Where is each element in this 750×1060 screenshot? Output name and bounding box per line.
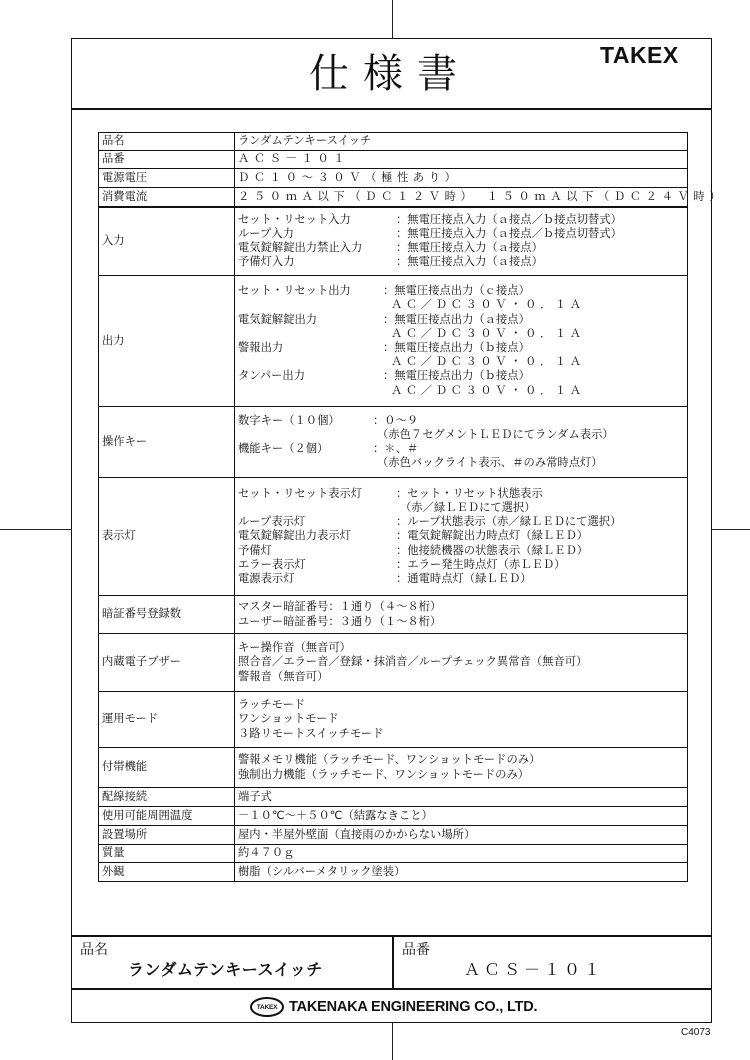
footer-product-name: ランダムテンキースイッチ xyxy=(128,957,323,980)
spec-value-line: セット・リセット表示灯：セット・リセット状態表示 xyxy=(238,487,684,501)
crop-mark-right xyxy=(712,529,750,530)
spec-sub-value: ：＊、＃ xyxy=(373,442,418,456)
spec-value-text: ワンショットモード xyxy=(238,712,339,726)
spec-sub-label xyxy=(238,298,383,312)
spec-sub-value: ＡＣ／ＤＣ３０Ｖ・０．１Ａ xyxy=(383,327,585,341)
spec-value-line: ＡＣ／ＤＣ３０Ｖ・０．１Ａ xyxy=(238,327,684,341)
spec-value-text: キー操作音（無音可） xyxy=(238,641,351,655)
company-logo-icon: TAKEX xyxy=(250,997,284,1017)
company-name: TAKENAKA ENGINEERING CO., LTD. xyxy=(289,999,537,1015)
spec-value-line: ユーザー暗証番号：３通り（１～８桁） xyxy=(238,615,684,629)
spec-value-line: 警報出力：無電圧接点出力（ｂ接点） xyxy=(238,341,684,355)
spec-table: 品名ランダムテンキースイッチ品番ＡＣＳ－１０１電源電圧ＤＣ１０～３０Ｖ（極性あり… xyxy=(98,132,688,882)
spec-row: 出力セット・リセット出力：無電圧接点出力（ｃ接点）ＡＣ／ＤＣ３０Ｖ・０．１Ａ電気… xyxy=(99,276,688,407)
spec-value-line: （赤色７セグメントＬＥＤにてランダム表示） xyxy=(238,428,684,442)
spec-value-text: ＤＣ１０～３０Ｖ（極性あり） xyxy=(238,171,461,185)
spec-sub-value: ：通電時点灯（緑ＬＥＤ） xyxy=(396,572,532,586)
spec-sub-label: 電気錠解錠出力禁止入力 xyxy=(238,241,396,255)
spec-value-line: （赤色バックライト表示、＃のみ常時点灯） xyxy=(238,456,684,470)
spec-value-text: ラッチモード xyxy=(238,698,305,712)
spec-sub-value: ：無電圧接点出力（ａ接点） xyxy=(383,313,530,327)
spec-value-line: セット・リセット入力：無電圧接点入力（ａ接点／ｂ接点切替式） xyxy=(238,213,684,227)
spec-sub-label: 電気錠解錠出力 xyxy=(238,313,383,327)
spec-sub-value: ：エラー発生時点灯（赤ＬＥＤ） xyxy=(396,558,565,572)
crop-mark-bottom xyxy=(392,1023,393,1060)
spec-value: 樹脂（シルバーメタリック塗装） xyxy=(235,863,688,882)
spec-row: 電源電圧ＤＣ１０～３０Ｖ（極性あり） xyxy=(99,169,688,188)
spec-key: 使用可能周囲温度 xyxy=(99,807,235,826)
spec-value-line: ＡＣ／ＤＣ３０Ｖ・０．１Ａ xyxy=(238,384,684,398)
spec-sub-label: タンパー出力 xyxy=(238,369,383,383)
spec-value-line: ＡＣ／ＤＣ３０Ｖ・０．１Ａ xyxy=(238,298,684,312)
spec-value-text: 端子式 xyxy=(238,790,272,804)
spec-value-line: 強制出力機能（ラッチモード、ワンショットモードのみ） xyxy=(238,768,684,782)
spec-value-text: 屋内・半屋外壁面（直接雨のかからない場所） xyxy=(238,828,475,842)
spec-value-line: ランダムテンキースイッチ xyxy=(238,134,684,148)
spec-value: マスター暗証番号：１通り（４～８桁）ユーザー暗証番号：３通り（１～８桁） xyxy=(235,596,688,634)
spec-sub-value: ：０～９ xyxy=(373,414,418,428)
spec-sub-value: ：無電圧接点入力（ａ接点） xyxy=(396,255,543,269)
spec-row: 暗証番号登録数マスター暗証番号：１通り（４～８桁）ユーザー暗証番号：３通り（１～… xyxy=(99,596,688,634)
spec-value-line: 機能キー（２個）：＊、＃ xyxy=(238,442,684,456)
spec-value-line: 樹脂（シルバーメタリック塗装） xyxy=(238,865,684,879)
spec-value-line: ワンショットモード xyxy=(238,712,684,726)
spec-key: 出力 xyxy=(99,276,235,407)
spec-value-line: 数字キー（１０個）：０～９ xyxy=(238,414,684,428)
spec-value-line: エラー表示灯：エラー発生時点灯（赤ＬＥＤ） xyxy=(238,558,684,572)
spec-value-text: 警報音（無音可） xyxy=(238,670,328,684)
spec-sub-value: ：無電圧接点入力（ａ接点／ｂ接点切替式） xyxy=(396,213,622,227)
spec-row: 外観樹脂（シルバーメタリック塗装） xyxy=(99,863,688,882)
spec-sub-value: ＡＣ／ＤＣ３０Ｖ・０．１Ａ xyxy=(383,384,585,398)
spec-value-line: －１０℃～＋５０℃（結露なきこと） xyxy=(238,809,684,823)
spec-sub-label: 予備灯 xyxy=(238,544,396,558)
spec-key: 配線接続 xyxy=(99,788,235,807)
spec-value-line: ２５０ｍＡ以下（ＤＣ１２Ｖ時） １５０ｍＡ以下（ＤＣ２４Ｖ時） xyxy=(238,190,684,204)
spec-value-line: 端子式 xyxy=(238,790,684,804)
spec-key: 付帯機能 xyxy=(99,748,235,788)
spec-value-line: 照合音／エラー音／登録・抹消音／ループチェック異常音（無音可） xyxy=(238,655,684,669)
spec-value-text: －１０℃～＋５０℃（結露なきこと） xyxy=(238,809,433,823)
company-block: TAKEX TAKENAKA ENGINEERING CO., LTD. xyxy=(250,994,537,1020)
spec-sub-value: （赤色７セグメントＬＥＤにてランダム表示） xyxy=(373,428,614,442)
spec-value: セット・リセット入力：無電圧接点入力（ａ接点／ｂ接点切替式）ループ入力：無電圧接… xyxy=(235,207,688,276)
spec-row: 使用可能周囲温度－１０℃～＋５０℃（結露なきこと） xyxy=(99,807,688,826)
spec-sub-label xyxy=(238,355,383,369)
footer-product-number: ＡＣＳ－１０１ xyxy=(464,957,604,980)
spec-value-line: 警報音（無音可） xyxy=(238,670,684,684)
spec-value-line: ３路リモートスイッチモード xyxy=(238,727,684,741)
spec-value-line: 予備灯：他接続機器の状態表示（緑ＬＥＤ） xyxy=(238,544,684,558)
spec-key: 電源電圧 xyxy=(99,169,235,188)
spec-sub-value: ：他接続機器の状態表示（緑ＬＥＤ） xyxy=(396,544,588,558)
spec-value-line: 電気錠解錠出力表示灯：電気錠解錠出力時点灯（緑ＬＥＤ） xyxy=(238,529,684,543)
spec-sub-label: セット・リセット表示灯 xyxy=(238,487,396,501)
footer-product-number-label: 品番 xyxy=(402,939,430,959)
spec-sub-label xyxy=(238,428,373,442)
spec-sub-label: セット・リセット入力 xyxy=(238,213,396,227)
spec-value: ランダムテンキースイッチ xyxy=(235,133,688,151)
footer-divider-vertical xyxy=(392,935,394,988)
spec-key: 品番 xyxy=(99,151,235,169)
spec-value-line: 電気錠解錠出力禁止入力：無電圧接点入力（ａ接点） xyxy=(238,241,684,255)
spec-value-line: ループ入力：無電圧接点入力（ａ接点／ｂ接点切替式） xyxy=(238,227,684,241)
spec-value-line: ＡＣＳ－１０１ xyxy=(238,152,684,166)
spec-row: 入力セット・リセット入力：無電圧接点入力（ａ接点／ｂ接点切替式）ループ入力：無電… xyxy=(99,207,688,276)
spec-value-line: 電源表示灯：通電時点灯（緑ＬＥＤ） xyxy=(238,572,684,586)
spec-value-line: キー操作音（無音可） xyxy=(238,641,684,655)
spec-sub-value: ：電気錠解錠出力時点灯（緑ＬＥＤ） xyxy=(396,529,588,543)
spec-row: 消費電流２５０ｍＡ以下（ＤＣ１２Ｖ時） １５０ｍＡ以下（ＤＣ２４Ｖ時） xyxy=(99,188,688,207)
spec-key: 設置場所 xyxy=(99,826,235,845)
spec-sub-label xyxy=(238,501,396,515)
spec-row: 品名ランダムテンキースイッチ xyxy=(99,133,688,151)
spec-sub-value: （赤／緑ＬＥＤにて選択） xyxy=(396,501,536,515)
spec-value: ラッチモードワンショットモード３路リモートスイッチモード xyxy=(235,692,688,748)
spec-sub-label: 警報出力 xyxy=(238,341,383,355)
spec-value: キー操作音（無音可）照合音／エラー音／登録・抹消音／ループチェック異常音（無音可… xyxy=(235,634,688,692)
spec-value-line: 電気錠解錠出力：無電圧接点出力（ａ接点） xyxy=(238,313,684,327)
spec-value: ＤＣ１０～３０Ｖ（極性あり） xyxy=(235,169,688,188)
spec-value-text: 約４７０ｇ xyxy=(238,846,295,860)
spec-value-line: 警報メモリ機能（ラッチモード、ワンショットモードのみ） xyxy=(238,753,684,767)
spec-key: 消費電流 xyxy=(99,188,235,207)
spec-sub-label: セット・リセット出力 xyxy=(238,284,383,298)
spec-sub-value: ＡＣ／ＤＣ３０Ｖ・０．１Ａ xyxy=(383,298,585,312)
spec-value-line: マスター暗証番号：１通り（４～８桁） xyxy=(238,600,684,614)
spec-value-text: マスター暗証番号：１通り（４～８桁） xyxy=(238,600,441,614)
crop-mark-top xyxy=(392,0,393,38)
spec-value-line: （赤／緑ＬＥＤにて選択） xyxy=(238,501,684,515)
spec-key: 操作キー xyxy=(99,407,235,478)
spec-value: ＡＣＳ－１０１ xyxy=(235,151,688,169)
spec-key: 質量 xyxy=(99,845,235,863)
spec-sub-value: （赤色バックライト表示、＃のみ常時点灯） xyxy=(373,456,603,470)
spec-value: 警報メモリ機能（ラッチモード、ワンショットモードのみ）強制出力機能（ラッチモード… xyxy=(235,748,688,788)
crop-mark-left xyxy=(0,529,71,530)
spec-row: 配線接続端子式 xyxy=(99,788,688,807)
spec-key: 外観 xyxy=(99,863,235,882)
spec-value-line: ＡＣ／ＤＣ３０Ｖ・０．１Ａ xyxy=(238,355,684,369)
spec-value-line: タンパー出力：無電圧接点出力（ｂ接点） xyxy=(238,369,684,383)
spec-value-line: ＤＣ１０～３０Ｖ（極性あり） xyxy=(238,171,684,185)
spec-key: 入力 xyxy=(99,207,235,276)
spec-sub-label: エラー表示灯 xyxy=(238,558,396,572)
document-title: 仕様書 xyxy=(280,44,500,104)
spec-value-text: ２５０ｍＡ以下（ＤＣ１２Ｖ時） １５０ｍＡ以下（ＤＣ２４Ｖ時） xyxy=(238,190,725,204)
spec-value: 屋内・半屋外壁面（直接雨のかからない場所） xyxy=(235,826,688,845)
spec-value-line: 屋内・半屋外壁面（直接雨のかからない場所） xyxy=(238,828,684,842)
spec-sub-value: ：ループ状態表示（赤／緑ＬＥＤにて選択） xyxy=(396,515,621,529)
spec-sub-value: ：無電圧接点入力（ａ接点） xyxy=(396,241,543,255)
spec-value-line: セット・リセット出力：無電圧接点出力（ｃ接点） xyxy=(238,284,684,298)
spec-sub-label: 数字キー（１０個） xyxy=(238,414,373,428)
spec-row: 内蔵電子ブザーキー操作音（無音可）照合音／エラー音／登録・抹消音／ループチェック… xyxy=(99,634,688,692)
spec-key: 品名 xyxy=(99,133,235,151)
spec-value-text: ユーザー暗証番号：３通り（１～８桁） xyxy=(238,615,441,629)
spec-value-line: 約４７０ｇ xyxy=(238,846,684,860)
footer-product-name-label: 品名 xyxy=(80,939,108,959)
spec-sub-label: 予備灯入力 xyxy=(238,255,396,269)
spec-value: －１０℃～＋５０℃（結露なきこと） xyxy=(235,807,688,826)
spec-value-line: ラッチモード xyxy=(238,698,684,712)
spec-value: セット・リセット表示灯：セット・リセット状態表示（赤／緑ＬＥＤにて選択）ループ表… xyxy=(235,478,688,596)
spec-sub-value: ：無電圧接点入力（ａ接点／ｂ接点切替式） xyxy=(396,227,622,241)
spec-value: 約４７０ｇ xyxy=(235,845,688,863)
spec-sub-label xyxy=(238,327,383,341)
spec-row: 付帯機能警報メモリ機能（ラッチモード、ワンショットモードのみ）強制出力機能（ラッ… xyxy=(99,748,688,788)
spec-value: ２５０ｍＡ以下（ＤＣ１２Ｖ時） １５０ｍＡ以下（ＤＣ２４Ｖ時） xyxy=(235,188,688,207)
spec-row: 表示灯セット・リセット表示灯：セット・リセット状態表示（赤／緑ＬＥＤにて選択）ル… xyxy=(99,478,688,596)
spec-value-text: ランダムテンキースイッチ xyxy=(238,134,371,148)
spec-sub-label xyxy=(238,456,373,470)
spec-key: 内蔵電子ブザー xyxy=(99,634,235,692)
spec-value-line: 予備灯入力：無電圧接点入力（ａ接点） xyxy=(238,255,684,269)
spec-sub-value: ＡＣ／ＤＣ３０Ｖ・０．１Ａ xyxy=(383,355,585,369)
spec-row: 質量約４７０ｇ xyxy=(99,845,688,863)
spec-value: 端子式 xyxy=(235,788,688,807)
document-code: C4073 xyxy=(681,1027,710,1038)
spec-sub-label: ループ入力 xyxy=(238,227,396,241)
spec-value-line: ループ表示灯：ループ状態表示（赤／緑ＬＥＤにて選択） xyxy=(238,515,684,529)
spec-value: 数字キー（１０個）：０～９（赤色７セグメントＬＥＤにてランダム表示）機能キー（２… xyxy=(235,407,688,478)
brand-logo: TAKEX xyxy=(600,40,679,70)
spec-sub-label: 電気錠解錠出力表示灯 xyxy=(238,529,396,543)
spec-key: 運用モード xyxy=(99,692,235,748)
spec-row: 運用モードラッチモードワンショットモード３路リモートスイッチモード xyxy=(99,692,688,748)
spec-sub-value: ：無電圧接点出力（ｂ接点） xyxy=(383,369,530,383)
spec-value: セット・リセット出力：無電圧接点出力（ｃ接点）ＡＣ／ＤＣ３０Ｖ・０．１Ａ電気錠解… xyxy=(235,276,688,407)
spec-key: 暗証番号登録数 xyxy=(99,596,235,634)
spec-value-text: ３路リモートスイッチモード xyxy=(238,727,383,741)
spec-sub-label: 機能キー（２個） xyxy=(238,442,373,456)
spec-sub-value: ：セット・リセット状態表示 xyxy=(396,487,543,501)
spec-sub-label xyxy=(238,384,383,398)
spec-row: 設置場所屋内・半屋外壁面（直接雨のかからない場所） xyxy=(99,826,688,845)
spec-value-text: 照合音／エラー音／登録・抹消音／ループチェック異常音（無音可） xyxy=(238,655,587,669)
spec-value-text: 警報メモリ機能（ラッチモード、ワンショットモードのみ） xyxy=(238,753,540,767)
footer-divider-middle xyxy=(71,988,712,990)
spec-value-text: 強制出力機能（ラッチモード、ワンショットモードのみ） xyxy=(238,768,529,782)
spec-key: 表示灯 xyxy=(99,478,235,596)
spec-row: 操作キー数字キー（１０個）：０～９（赤色７セグメントＬＥＤにてランダム表示）機能… xyxy=(99,407,688,478)
header-divider xyxy=(71,108,712,110)
spec-value-text: ＡＣＳ－１０１ xyxy=(238,152,349,166)
spec-sub-value: ：無電圧接点出力（ｂ接点） xyxy=(383,341,530,355)
spec-row: 品番ＡＣＳ－１０１ xyxy=(99,151,688,169)
spec-sub-label: 電源表示灯 xyxy=(238,572,396,586)
spec-sub-value: ：無電圧接点出力（ｃ接点） xyxy=(383,284,530,298)
spec-sub-label: ループ表示灯 xyxy=(238,515,396,529)
spec-value-text: 樹脂（シルバーメタリック塗装） xyxy=(238,865,405,879)
